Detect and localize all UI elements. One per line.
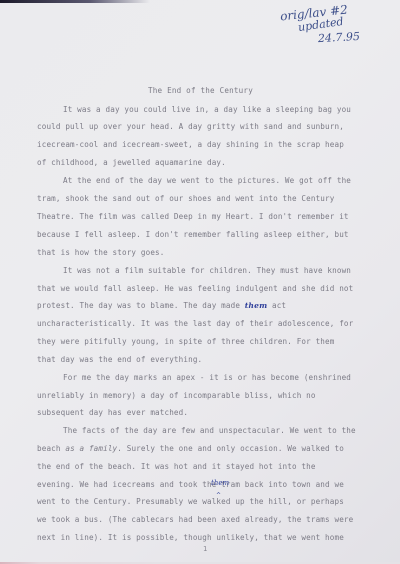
emphasized-text: as a family — [65, 444, 117, 453]
handwritten-correction: them — [245, 301, 268, 310]
body-line: tram, shook the sand out of our shoes an… — [37, 194, 379, 204]
body-line: next in line). It is possible, though un… — [37, 533, 379, 543]
body-line: For me the day marks an apex - it is or … — [63, 373, 400, 383]
body-line: icecream-cool and icecream-sweet, a day … — [37, 140, 379, 150]
body-line: that is how the story goes. — [37, 248, 379, 258]
body-line: they were pitifully young, in spite of t… — [37, 337, 379, 347]
insertion-caret-icon: ^ — [216, 492, 221, 499]
body-line: The facts of the day are few and unspect… — [63, 426, 400, 436]
body-line: Theatre. The film was called Deep in my … — [37, 212, 379, 222]
body-line: we took a bus. (The cablecars had been a… — [37, 515, 379, 525]
body-line: unreliably in memory) a day of incompara… — [37, 391, 379, 401]
page-top-shadow — [0, 0, 150, 3]
body-line: evening. We had icecreams and took the t… — [37, 480, 379, 490]
handwritten-insertion: them — [211, 479, 229, 487]
body-line: At the end of the day we went to the pic… — [63, 176, 400, 186]
body-line: because I fell asleep. I don't remember … — [37, 230, 379, 240]
body-line: the end of the beach. It was hot and it … — [37, 462, 379, 472]
page-number: 1 — [203, 545, 207, 553]
typed-manuscript-page: orig/lav #2 updated 24.7.95 The End of t… — [0, 0, 400, 564]
body-line: protest. The day was to blame. The day m… — [37, 301, 379, 311]
body-line: went to the Century. Presumably we walke… — [37, 497, 379, 507]
handwritten-note-date: 24.7.95 — [318, 31, 361, 45]
body-line: subsequent day has ever matched. — [37, 408, 379, 418]
body-line: beach as a family. Surely the one and on… — [37, 444, 379, 454]
body-line: It was not a film suitable for children.… — [63, 266, 400, 276]
document-title: The End of the Century — [148, 86, 253, 95]
body-line: uncharacteristically. It was the last da… — [37, 319, 379, 329]
body-line: of childhood, a jewelled aquamarine day. — [37, 158, 379, 168]
body-line: that day was the end of everything. — [37, 355, 379, 365]
body-line: that we would fall asleep. He was feelin… — [37, 284, 379, 294]
body-line: could pull up over your head. A day grit… — [37, 122, 379, 132]
body-line: It was a day you could live in, a day li… — [63, 105, 400, 115]
